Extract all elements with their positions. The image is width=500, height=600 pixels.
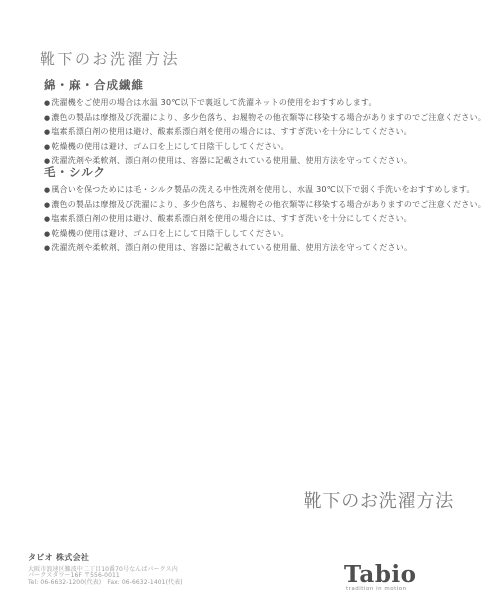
instruction-text: 塩素系漂白剤の使用は避け、酸素系漂白剤を使用の場合には、すすぎ洗いを十分にしてく…: [51, 214, 412, 223]
instruction-text: 洗濯機をご使用の場合は水温 30℃以下で裏返して洗濯ネットの使用をおすすめします…: [51, 98, 376, 107]
instruction-item: ●濃色の製品は摩擦及び洗濯により、多少色落ち、お履物その他衣類等に移染する場合が…: [44, 198, 486, 213]
bullet-icon: ●: [44, 186, 50, 194]
address-line: Tel: 06-6632-1200(代表) Fax: 06-6632-1401(…: [28, 580, 183, 586]
instruction-text: 塩素系漂白剤の使用は避け、酸素系漂白剤を使用の場合には、すすぎ洗いを十分にしてく…: [51, 127, 412, 136]
instruction-list-cotton: ●洗濯機をご使用の場合は水温 30℃以下で裏返して洗濯ネットの使用をおすすめしま…: [44, 96, 486, 169]
instruction-text: 濃色の製品は摩擦及び洗濯により、多少色落ち、お履物その他衣類等に移染する場合があ…: [51, 200, 486, 209]
instruction-item: ●風合いを保つためには毛・シルク製品の洗える中性洗剤を使用し、水温 30℃以下で…: [44, 183, 486, 198]
tabio-logo-wordmark: Tabio: [344, 564, 416, 585]
instruction-text: 洗濯洗剤や柔軟剤、漂白剤の使用は、容器に記載されている使用量、使用方法を守ってく…: [51, 243, 412, 252]
instruction-list-wool-silk: ●風合いを保つためには毛・シルク製品の洗える中性洗剤を使用し、水温 30℃以下で…: [44, 183, 486, 256]
instruction-text: 濃色の製品は摩擦及び洗濯により、多少色落ち、お履物その他衣類等に移染する場合があ…: [51, 113, 486, 122]
bullet-icon: ●: [44, 143, 50, 151]
tabio-logo-tagline: tradition in motion: [346, 586, 416, 592]
instruction-item: ●乾燥機の使用は避け、ゴム口を上にして日陰干ししてください。: [44, 140, 486, 155]
instruction-item: ●洗濯洗剤や柔軟剤、漂白剤の使用は、容器に記載されている使用量、使用方法を守って…: [44, 241, 486, 256]
instruction-text: 乾燥機の使用は避け、ゴム口を上にして日陰干ししてください。: [51, 142, 288, 151]
washing-instructions-page: 靴下のお洗濯方法 綿・麻・合成繊維 ●洗濯機をご使用の場合は水温 30℃以下で裏…: [0, 0, 500, 600]
instruction-item: ●塩素系漂白剤の使用は避け、酸素系漂白剤を使用の場合には、すすぎ洗いを十分にして…: [44, 125, 486, 140]
bullet-icon: ●: [44, 201, 50, 209]
instruction-text: 乾燥機の使用は避け、ゴム口を上にして日陰干ししてください。: [51, 229, 288, 238]
bullet-icon: ●: [44, 157, 50, 165]
bullet-icon: ●: [44, 128, 50, 136]
instruction-text: 風合いを保つためには毛・シルク製品の洗える中性洗剤を使用し、水温 30℃以下で弱…: [51, 185, 474, 194]
instruction-item: ●乾燥機の使用は避け、ゴム口を上にして日陰干ししてください。: [44, 227, 486, 242]
instruction-item: ●濃色の製品は摩擦及び洗濯により、多少色落ち、お履物その他衣類等に移染する場合が…: [44, 111, 486, 126]
page-title: 靴下のお洗濯方法: [40, 48, 180, 69]
instruction-text: 洗濯洗剤や柔軟剤、漂白剤の使用は、容器に記載されている使用量、使用方法を守ってく…: [51, 156, 412, 165]
section-heading-cotton: 綿・麻・合成繊維: [44, 79, 486, 92]
bottom-page-title: 靴下のお洗濯方法: [304, 487, 454, 513]
company-name: タビオ 株式会社: [28, 552, 89, 563]
instruction-item: ●洗濯機をご使用の場合は水温 30℃以下で裏返して洗濯ネットの使用をおすすめしま…: [44, 96, 486, 111]
bullet-icon: ●: [44, 215, 50, 223]
section-wool-silk: 毛・シルク ●風合いを保つためには毛・シルク製品の洗える中性洗剤を使用し、水温 …: [44, 166, 486, 256]
company-address: 大阪市浪速区難波中二丁目10番70号なんばパークス内 パークスタワー16F 〒5…: [28, 567, 183, 586]
section-cotton-linen-synthetic: 綿・麻・合成繊維 ●洗濯機をご使用の場合は水温 30℃以下で裏返して洗濯ネットの…: [44, 79, 486, 169]
tabio-logo: Tabio tradition in motion: [344, 564, 416, 592]
bullet-icon: ●: [44, 244, 50, 252]
bullet-icon: ●: [44, 230, 50, 238]
bullet-icon: ●: [44, 99, 50, 107]
instruction-item: ●塩素系漂白剤の使用は避け、酸素系漂白剤を使用の場合には、すすぎ洗いを十分にして…: [44, 212, 486, 227]
section-heading-wool-silk: 毛・シルク: [44, 166, 486, 179]
bullet-icon: ●: [44, 114, 50, 122]
